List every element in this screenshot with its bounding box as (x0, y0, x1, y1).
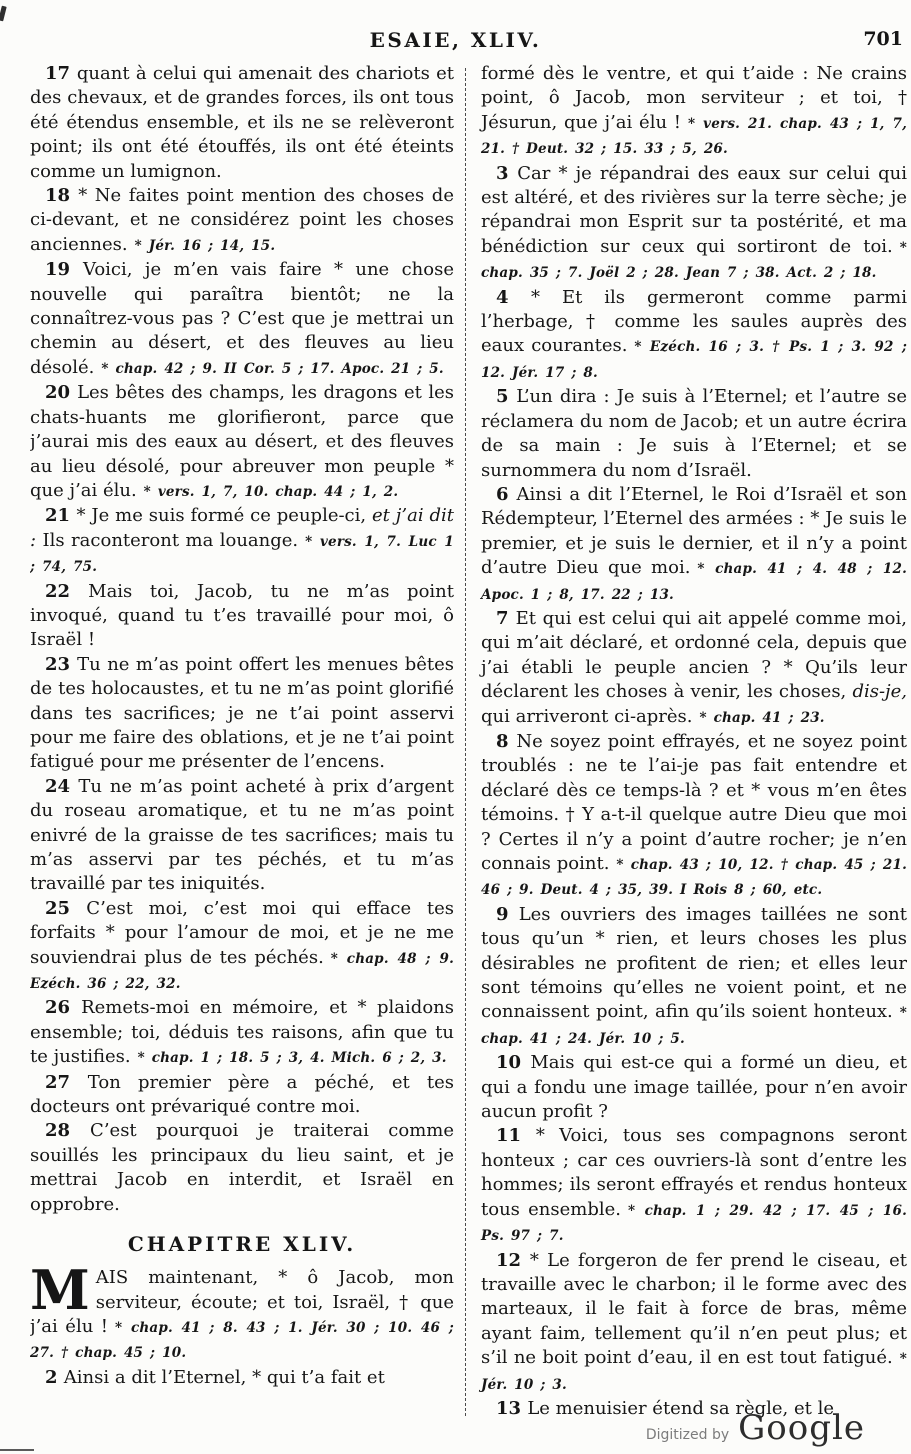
verse-text: Les ouvriers des images taillées ne sont… (481, 904, 907, 1023)
verse-text: L’un dira : Je suis à l’Eternel; et l’au… (481, 386, 907, 480)
digitized-by-label: Digitized by (646, 1427, 729, 1443)
google-logo: Google (738, 1408, 865, 1448)
verse-text: Tu ne m’as point acheté à prix d’argent … (30, 776, 454, 895)
cross-references: * chap. 1 ; 18. 5 ; 3, 4. Mich. 6 ; 2, 3… (131, 1050, 447, 1066)
verse-text: Ainsi a dit l’Eternel, * qui t’a fait et (64, 1367, 385, 1388)
column-divider (465, 68, 466, 1416)
verse: 24 Tu ne m’as point acheté à prix d’arge… (30, 775, 454, 897)
verse-number: 22 (45, 581, 88, 602)
verse: 18 * Ne faites point mention des choses … (30, 184, 454, 258)
right-column: formé dès le ventre, et qui t’aide : Ne … (481, 62, 907, 1428)
verse-number: 20 (45, 382, 77, 403)
verse: 27 Ton premier père a péché, et tes doct… (30, 1071, 454, 1120)
verse-text: Mais toi, Jacob, tu ne m’as point invoqu… (30, 581, 454, 651)
verse: 17 quant à celui qui amenait des chariot… (30, 62, 454, 184)
verse-number: 25 (45, 898, 86, 919)
cross-references: * vers. 1, 7, 10. chap. 44 ; 1, 2. (137, 484, 399, 500)
verse-text: qui arriveront ci-après. (481, 706, 693, 727)
verse-number: 7 (496, 608, 516, 629)
cross-references: * Jér. 16 ; 14, 15. (128, 238, 276, 254)
verse: 3 Car * je répandrai des eaux sur celui … (481, 162, 907, 286)
verse: 23 Tu ne m’as point offert les menues bê… (30, 653, 454, 775)
verse: 5 L’un dira : Je suis à l’Eternel; et l’… (481, 385, 907, 483)
verse: 20 Les bêtes des champs, les dragons et … (30, 381, 454, 504)
verse-number: 5 (496, 386, 516, 407)
verse-number: 19 (45, 259, 83, 280)
verse: 28 C’est pourquoi je traiterai comme sou… (30, 1119, 454, 1217)
verse-number: 17 (45, 63, 77, 84)
verse-text: Et qui est celui qui ait appelé comme mo… (481, 608, 907, 702)
verse-number: 27 (45, 1072, 88, 1093)
verse-number: 6 (496, 484, 517, 505)
verse-number: 12 (496, 1250, 530, 1271)
verse-text: Ton premier père a péché, et tes docteur… (30, 1072, 454, 1117)
verse-number: 10 (496, 1052, 530, 1073)
verse-number: 9 (496, 904, 519, 925)
verse-number: 24 (45, 776, 78, 797)
verse-number: 8 (496, 731, 516, 752)
digitization-credit: Digitized by Google (646, 1408, 865, 1448)
verse-text: Ne soyez point effrayés, et ne soyez poi… (481, 731, 907, 874)
verse-number: 3 (496, 163, 517, 184)
verse-number: 28 (45, 1120, 90, 1141)
chapter-heading: CHAPITRE XLIV. (30, 1232, 454, 1256)
verse-number: 23 (45, 654, 77, 675)
running-title: ESAIE, XLIV. (0, 28, 911, 52)
verse: 26 Remets-moi en mémoire, et * plaidons … (30, 996, 454, 1070)
drop-cap: M (30, 1266, 96, 1311)
verse-text: * Le forgeron de fer prend le ciseau, et… (481, 1250, 907, 1369)
cross-references: * chap. 42 ; 9. II Cor. 5 ; 17. Apoc. 21… (94, 361, 443, 377)
verse: 10 Mais qui est-ce qui a formé un dieu, … (481, 1051, 907, 1124)
verse-text: Car * je répandrai des eaux sur celui qu… (481, 163, 907, 257)
verse: 2 Ainsi a dit l’Eternel, * qui t’a fait … (30, 1366, 454, 1390)
scanned-book-page: ESAIE, XLIV. 701 17 quant à celui qui am… (0, 0, 911, 1454)
cross-references: * chap. 41 ; 23. (693, 710, 825, 726)
verse-continuation: formé dès le ventre, et qui t’aide : Ne … (481, 62, 907, 162)
verse: 4 * Et ils germeront comme parmi l’herba… (481, 286, 907, 386)
verse: 7 Et qui est celui qui ait appelé comme … (481, 607, 907, 730)
verse-text-italic: dis-je, (852, 681, 907, 702)
verse-number: 2 (45, 1367, 64, 1388)
verse-number: 26 (45, 997, 81, 1018)
verse: 22 Mais toi, Jacob, tu ne m’as point inv… (30, 580, 454, 653)
verse: 25 C’est moi, c’est moi qui efface tes f… (30, 897, 454, 997)
verse-number: 13 (496, 1398, 527, 1419)
verse-text: C’est pourquoi je traiterai comme souill… (30, 1120, 454, 1214)
scan-artifact-top-left (0, 6, 7, 22)
verse-text: quant à celui qui amenait des chariots e… (30, 63, 454, 182)
verse: 9 Les ouvriers des images taillées ne so… (481, 903, 907, 1051)
verse: 8 Ne soyez point effrayés, et ne soyez p… (481, 730, 907, 903)
left-column: 17 quant à celui qui amenait des chariot… (30, 62, 454, 1428)
verse-text: Ils raconteront ma louange. (36, 530, 298, 551)
verse-number: 21 (45, 505, 76, 526)
verse: 11 * Voici, tous ses compagnons seront h… (481, 1124, 907, 1248)
text-columns: 17 quant à celui qui amenait des chariot… (30, 62, 907, 1428)
verse-number: 18 (45, 185, 78, 206)
verse: 19 Voici, je m’en vais faire * une chose… (30, 258, 454, 381)
verse: MAIS maintenant, * ô Jacob, mon serviteu… (30, 1266, 454, 1366)
verse-number: 11 (496, 1125, 536, 1146)
scan-artifact-bottom-left (0, 1449, 34, 1451)
verse: 12 * Le forgeron de fer prend le ciseau,… (481, 1249, 907, 1397)
verse: 6 Ainsi a dit l’Eternel, le Roi d’Israël… (481, 483, 907, 607)
verse-text: Mais qui est-ce qui a formé un dieu, et … (481, 1052, 907, 1122)
verse-number: 4 (496, 287, 531, 308)
page-number: 701 (863, 28, 903, 50)
verse: 21 * Je me suis formé ce peuple-ci, et j… (30, 504, 454, 579)
verse-text: Tu ne m’as point offert les menues bêtes… (30, 654, 454, 773)
verse-text: * Je me suis formé ce peuple-ci, (76, 505, 372, 526)
